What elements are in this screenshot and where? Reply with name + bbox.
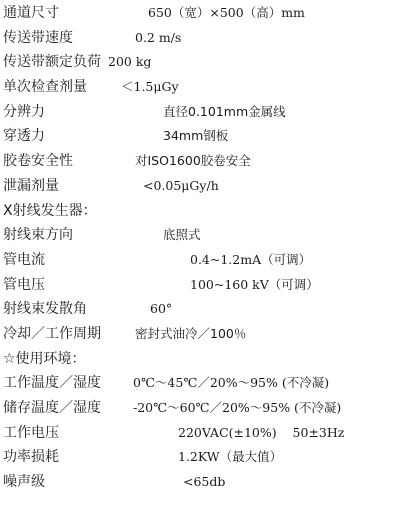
spec-value: 220VAC(±10%) 50±3Hz <box>178 421 344 446</box>
spec-value: ＜1.5μGy <box>121 75 179 100</box>
spec-row-channel-size: 通道尺寸 650（宽）×500（高）mm <box>3 1 403 26</box>
spec-label: 工作电压 <box>3 421 59 446</box>
spec-value: 60° <box>150 297 172 322</box>
spec-value: <65db <box>183 470 225 495</box>
spec-row-beam-direction: 射线束方向 底照式 <box>3 223 403 248</box>
spec-row-leakage-dose: 泄漏剂量 <0.05μGy/h <box>3 174 403 199</box>
spec-label: 管电流 <box>3 248 45 273</box>
spec-label: 工作温度／湿度 <box>3 371 101 396</box>
spec-value: 0.2 m/s <box>135 26 181 51</box>
spec-value: 0.4~1.2mA（可调） <box>190 248 311 273</box>
spec-label: 功率损耗 <box>3 445 59 470</box>
spec-value: 200 kg <box>108 50 151 75</box>
spec-value: 0℃～45℃／20%～95% (不冷凝) <box>133 371 329 396</box>
spec-label: 冷却／工作周期 <box>3 322 101 347</box>
spec-row-beam-divergence: 射线束发散角 60° <box>3 297 403 322</box>
spec-label: 射线束发散角 <box>3 297 87 322</box>
spec-row-operating-temp-humidity: 工作温度／湿度 0℃～45℃／20%～95% (不冷凝) <box>3 371 403 396</box>
spec-value: -20℃～60℃／20%～95% (不冷凝) <box>133 396 341 421</box>
spec-row-film-safety: 胶卷安全性 对ISO1600胶卷安全 <box>3 149 403 174</box>
spec-value: 1.2KW（最大值） <box>178 445 282 470</box>
spec-row-belt-load: 传送带额定负荷 200 kg <box>3 50 403 75</box>
section-heading-environment: ☆使用环境： <box>3 347 403 372</box>
section-heading: ☆使用环境： <box>3 347 86 372</box>
spec-row-power-consumption: 功率损耗 1.2KW（最大值） <box>3 445 403 470</box>
spec-row-cooling-duty: 冷却／工作周期 密封式油冷／100％ <box>3 322 403 347</box>
spec-row-storage-temp-humidity: 储存温度／湿度 -20℃～60℃／20%～95% (不冷凝) <box>3 396 403 421</box>
spec-label: 传送带速度 <box>3 26 73 51</box>
spec-label: 传送带额定负荷 <box>3 50 101 75</box>
spec-row-operating-voltage: 工作电压 220VAC(±10%) 50±3Hz <box>3 421 403 446</box>
spec-label: 泄漏剂量 <box>3 174 59 199</box>
spec-row-tube-current: 管电流 0.4~1.2mA（可调） <box>3 248 403 273</box>
spec-label: 噪声级 <box>3 470 45 495</box>
spec-value: 直径0.101mm金属线 <box>163 100 286 125</box>
spec-row-tube-voltage: 管电压 100~160 kV（可调） <box>3 273 403 298</box>
spec-row-dose-per-inspection: 单次检查剂量 ＜1.5μGy <box>3 75 403 100</box>
spec-label: 胶卷安全性 <box>3 149 73 174</box>
spec-label: 穿透力 <box>3 124 45 149</box>
spec-value: 密封式油冷／100％ <box>135 322 246 347</box>
spec-value: 650（宽）×500（高）mm <box>148 1 305 26</box>
spec-row-penetration: 穿透力 34mm钢板 <box>3 124 403 149</box>
spec-value: 100~160 kV（可调） <box>190 273 319 298</box>
spec-row-noise-level: 噪声级 <65db <box>3 470 403 495</box>
section-heading: X射线发生器： <box>3 199 97 224</box>
spec-row-belt-speed: 传送带速度 0.2 m/s <box>3 26 403 51</box>
spec-row-resolution: 分辨力 直径0.101mm金属线 <box>3 100 403 125</box>
spec-value: 底照式 <box>163 223 201 248</box>
spec-value: <0.05μGy/h <box>143 174 219 199</box>
spec-label: 分辨力 <box>3 100 45 125</box>
spec-list: 通道尺寸 650（宽）×500（高）mm 传送带速度 0.2 m/s 传送带额定… <box>3 1 403 495</box>
section-heading-xray-generator: X射线发生器： <box>3 199 403 224</box>
spec-label: 管电压 <box>3 273 45 298</box>
spec-label: 储存温度／湿度 <box>3 396 101 421</box>
spec-value: 34mm钢板 <box>163 124 228 149</box>
spec-label: 射线束方向 <box>3 223 73 248</box>
spec-label: 单次检查剂量 <box>3 75 87 100</box>
spec-value: 对ISO1600胶卷安全 <box>135 149 251 174</box>
spec-label: 通道尺寸 <box>3 1 59 26</box>
